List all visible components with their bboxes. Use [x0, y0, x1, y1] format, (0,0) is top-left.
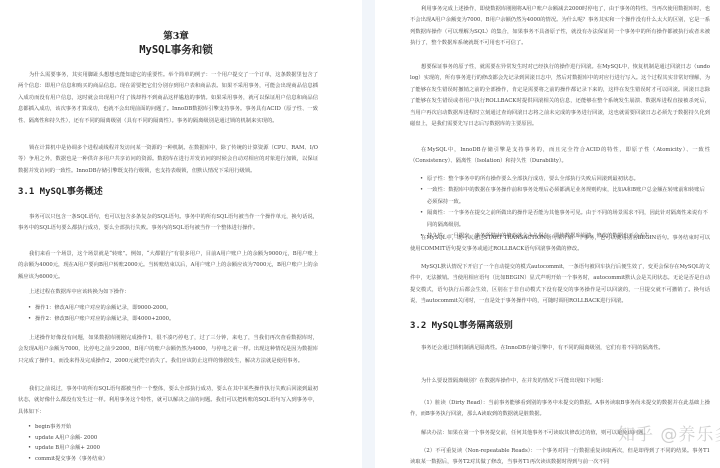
- acid-item-isolation: 隔离性：一个事务在提交之前所做出的操作是否能为其他事务可见。由于不同的场景需求不…: [420, 208, 710, 231]
- sql-step-item: commit提交事务（事务结束）: [28, 454, 318, 465]
- intro-paragraph-1: 为什么需要事务，其实用脚趾头想想也能知道它的重要性。举个简单的例子：一个用户提交…: [18, 70, 318, 127]
- sql-step-item: update A用户余额- 2000: [28, 433, 318, 444]
- intro-paragraph-2: 锁在计算机中是协调多个进程或线程并发访问某一资源的一种机制。在数据库中，除了传统…: [18, 143, 318, 177]
- section-heading-3-2: 3.2 MySQL事务隔离级别: [410, 321, 513, 332]
- section-3-1-paragraph-4: 上述操作好像没有问题，如果数据库刚刚完成操作1，很不凑巧停电了，过了三分钟，来电…: [18, 333, 318, 367]
- chapter-number: 第3章: [0, 28, 352, 42]
- section-3-2-paragraph-5: （2）不可重复读（Non-repeatable Reads）：一个事务对同一行数…: [410, 446, 710, 468]
- section-3-1-paragraph-2: 我们来看一个场景，这个场景就是“转账”。例如，“大都银行”有很多用户，目前A用户…: [18, 249, 318, 283]
- watermark: 知乎 @养乐多: [618, 420, 720, 445]
- section-3-1-paragraph-5: 我们之前说过，事务中的所有SQL语句都被当作一个整体，要么全部执行成功，要么在其…: [18, 384, 318, 418]
- right-paragraph-5: MySQL默认情况下开启了一个自动提交的模式autocommit，一条语句被回车…: [410, 262, 710, 308]
- section-3-2-paragraph-1: 事务还会通过锁机制满足隔离性。在InnoDB存储引擎中，有不同的隔离级别，它们有…: [410, 343, 710, 354]
- operation-item: 操作1：修改A用户账户对应的余额记录，即9000-2000。: [28, 303, 318, 314]
- acid-item-consistency: 一致性：数据库中的数据在事务操作前和事务处理后必须都满足业务规则约束，比如A和B…: [420, 185, 710, 208]
- sql-step-item: begin事务开始: [28, 422, 318, 433]
- right-paragraph-3: 在MySQL中，InnoDB存储引擎是支持事务的，而且完全符合ACID的特性，即…: [410, 145, 710, 168]
- operation-item: 操作2：修改B用户账户对应的余额记录，即4000+2000。: [28, 314, 318, 325]
- right-paragraph-2: 想要保证事务的原子性，就需要在异常发生时对已经执行的操作进行回滚。在MySQL中…: [410, 62, 710, 130]
- section-3-2-paragraph-2: 为什么要设置隔离级别？在数据库操作中，在并发的情况下可能出现如下问题：: [410, 376, 710, 387]
- section-heading-3-1: 3.1 MySQL事务概述: [18, 187, 103, 198]
- section-3-2-paragraph-3: （1）脏读（Dirty Read）：当前事务能够看到别的事务中未提交的数据。A事…: [410, 398, 710, 421]
- operations-list: 操作1：修改A用户账户对应的余额记录，即9000-2000。 操作2：修改B用户…: [18, 303, 318, 326]
- sql-steps-list: begin事务开始 update A用户余额- 2000 update B用户余…: [18, 422, 318, 464]
- section-3-1-paragraph-3: 上述过程在数据库中应该转换为如下操作：: [18, 287, 318, 298]
- page-gutter: [352, 0, 362, 468]
- chapter-title: MySQL事务和锁: [0, 42, 352, 57]
- right-page-edge-strip: [362, 0, 375, 468]
- right-page: 利用事务完成上述操作，即使数据库刚刚将A用户账户余额减去2000时停电了，由于事…: [362, 0, 720, 468]
- right-paragraph-4: 在MySQL中，既可以通过START TRANSACTION语句来开始一个事务，…: [410, 233, 710, 256]
- sql-step-item: update B用户余额+ 2000: [28, 443, 318, 454]
- acid-item-atomicity: 原子性：整个事务中的所有操作要么全部执行成功，要么全部执行失败后回滚到最初状态。: [420, 174, 710, 185]
- right-paragraph-1: 利用事务完成上述操作，即使数据库刚刚将A用户账户余额减去2000时停电了，由于事…: [410, 4, 710, 50]
- section-3-1-paragraph-1: 事务可以只包含一条SQL语句，也可以包含多条复杂的SQL语句。事务中的所有SQL…: [18, 212, 318, 235]
- left-page: 第3章 MySQL事务和锁 为什么需要事务，其实用脚趾头想想也能知道它的重要性。…: [0, 0, 352, 468]
